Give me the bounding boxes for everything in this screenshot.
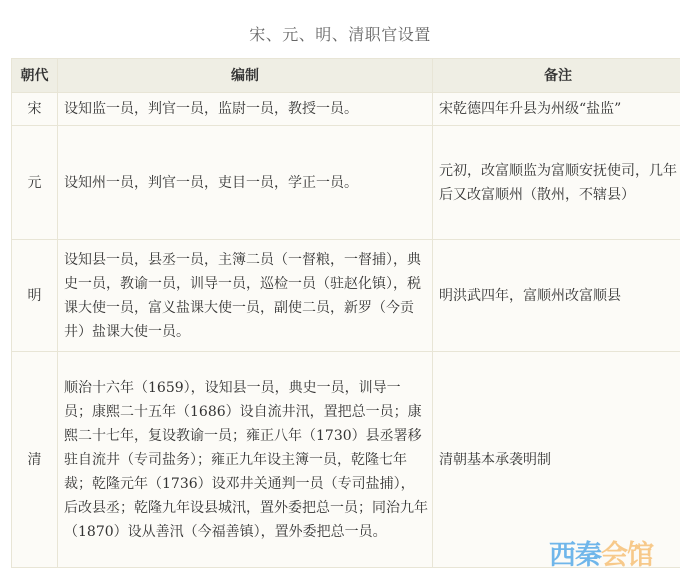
watermark-part2: 会馆: [601, 540, 653, 571]
header-remarks: 备注: [433, 59, 680, 93]
watermark-part1: 西秦: [549, 540, 601, 571]
cell-dynasty: 明: [12, 240, 58, 352]
header-dynasty: 朝代: [12, 59, 58, 93]
cell-staffing: 设知县一员，县丞一员，主簿二员（一督粮，一督捕），典史一员，教谕一员，训导一员，…: [58, 240, 433, 352]
officials-table: 朝代 编制 备注 宋 设知监一员，判官一员，监尉一员，教授一员。 宋乾德四年升县…: [11, 58, 680, 568]
cell-staffing: 设知州一员，判官一员，吏目一员，学正一员。: [58, 126, 433, 240]
cell-remarks: 元初，改富顺监为富顺安抚使司，几年后又改富顺州（散州，不辖县）: [433, 126, 680, 240]
header-staffing: 编制: [58, 59, 433, 93]
cell-dynasty: 清: [12, 352, 58, 568]
watermark-logo: 西秦会馆: [549, 533, 653, 571]
cell-remarks: 明洪武四年，富顺州改富顺县: [433, 240, 680, 352]
table-row: 宋 设知监一员，判官一员，监尉一员，教授一员。 宋乾德四年升县为州级“盐监”: [12, 93, 680, 126]
cell-remarks: 宋乾德四年升县为州级“盐监”: [433, 93, 680, 126]
cell-dynasty: 元: [12, 126, 58, 240]
table-row: 明 设知县一员，县丞一员，主簿二员（一督粮，一督捕），典史一员，教谕一员，训导一…: [12, 240, 680, 352]
table-caption: 宋、元、明、清职官设置: [0, 22, 680, 45]
table-row: 元 设知州一员，判官一员，吏目一员，学正一员。 元初，改富顺监为富顺安抚使司，几…: [12, 126, 680, 240]
cell-dynasty: 宋: [12, 93, 58, 126]
table-header-row: 朝代 编制 备注: [12, 59, 680, 93]
cell-staffing: 顺治十六年（1659），设知县一员，典史一员，训导一员；康熙二十五年（1686）…: [58, 352, 433, 568]
cell-staffing: 设知监一员，判官一员，监尉一员，教授一员。: [58, 93, 433, 126]
